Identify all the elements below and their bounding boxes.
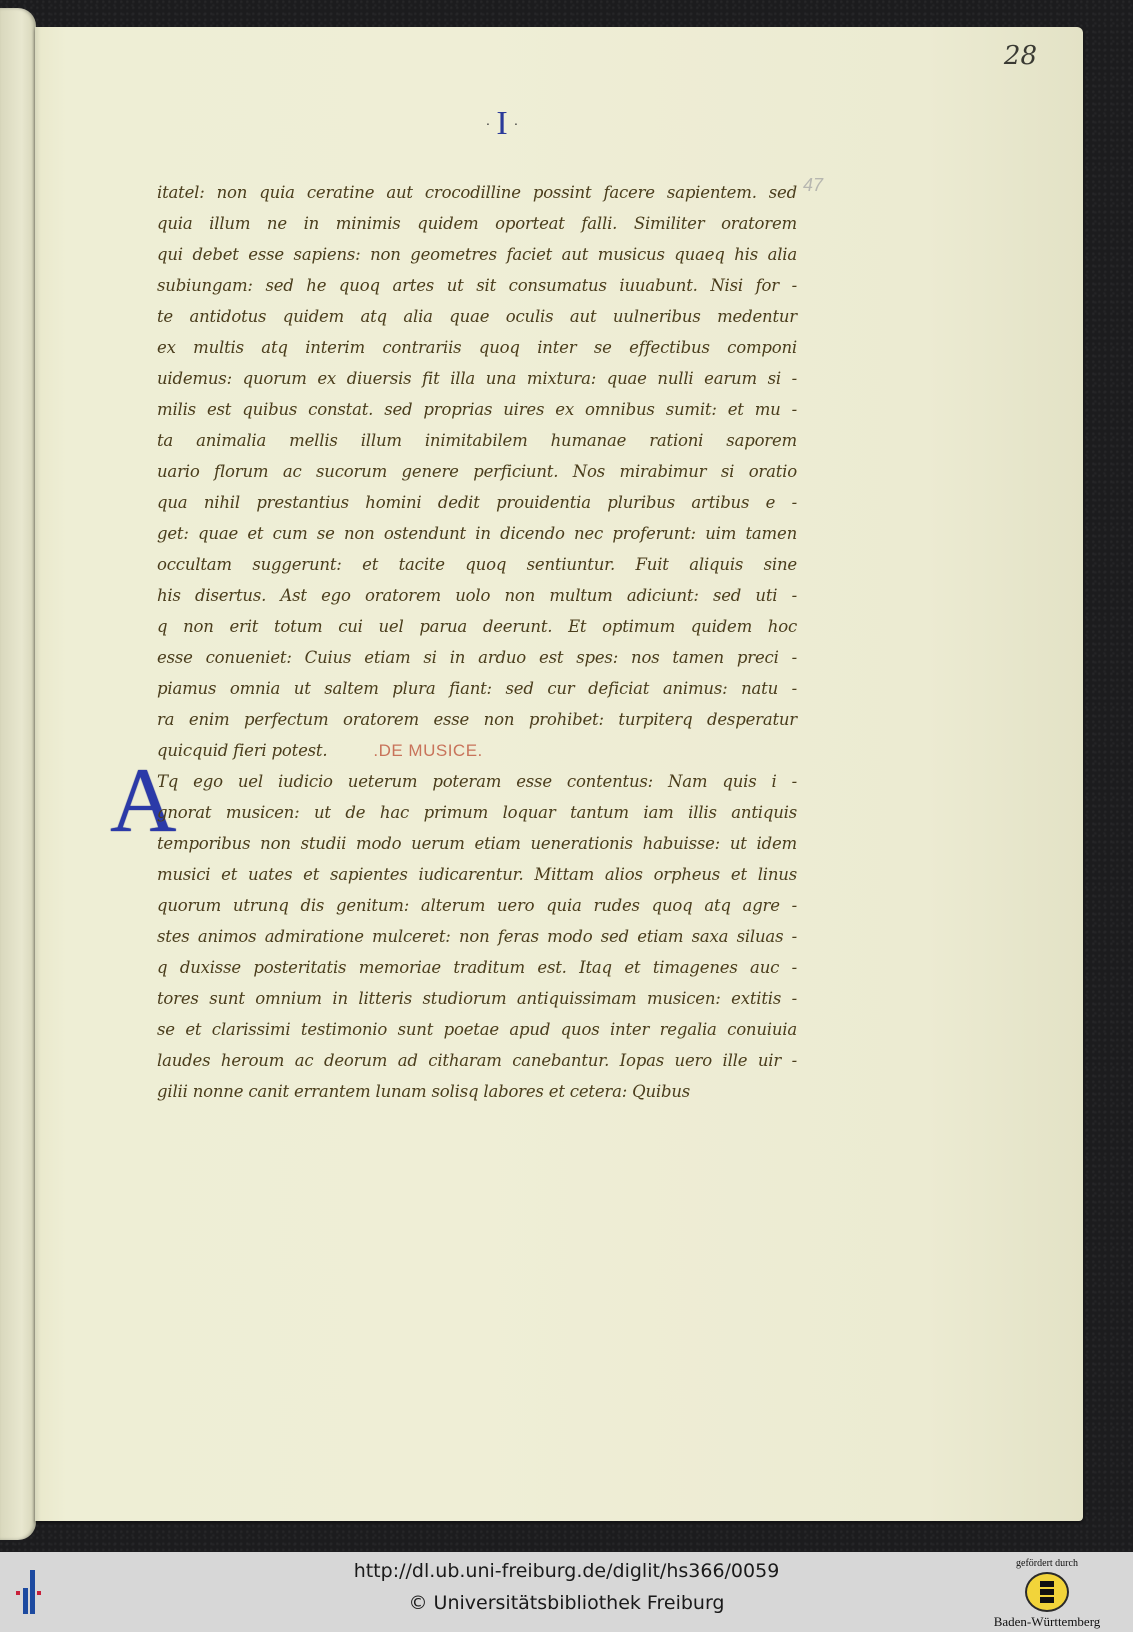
sponsor-label: gefördert durch <box>992 1558 1102 1569</box>
text-line: subiungam: sed he quoq artes ut sit cons… <box>157 270 797 301</box>
text-line: musici et uates et sapientes iudicarentu… <box>157 859 797 890</box>
text-line: stes animos admiratione mulceret: non fe… <box>157 921 797 952</box>
dot-left: · <box>486 118 491 133</box>
dot-right: · <box>514 118 519 133</box>
manuscript-page: 28 ·I· 47 A itatel: non quia ceratine au… <box>35 27 1083 1521</box>
text-line: ex multis atq interim contrariis quoq in… <box>157 332 797 363</box>
text-line: milis est quibus constat. sed proprias u… <box>157 394 797 425</box>
previous-page-edge <box>0 8 36 1540</box>
text-line: quicquid fieri potest..DE MUSICE. <box>157 735 797 766</box>
text-line: gilii nonne canit errantem lunam solisq … <box>157 1076 797 1107</box>
pencil-reference: 47 <box>803 175 823 196</box>
chapter-mark: ·I· <box>472 105 532 143</box>
text-line: itatel: non quia ceratine aut crocodilli… <box>157 177 797 208</box>
text-line: Tq ego uel iudicio ueterum poteram esse … <box>157 766 797 797</box>
text-line: esse conueniet: Cuius etiam si in arduo … <box>157 642 797 673</box>
sponsor-name: Baden-Württemberg <box>992 1614 1102 1630</box>
text-line: quorum utrunq dis genitum: alterum uero … <box>157 890 797 921</box>
copyright-notice: © Universitätsbibliothek Freiburg <box>0 1592 1133 1614</box>
footer-bar: http://dl.ub.uni-freiburg.de/diglit/hs36… <box>0 1552 1133 1632</box>
text-line: quia illum ne in minimis quidem oporteat… <box>157 208 797 239</box>
folio-number: 28 <box>1004 41 1037 71</box>
text-line: tores sunt omnium in litteris studiorum … <box>157 983 797 1014</box>
text-line: ra enim perfectum oratorem esse non proh… <box>157 704 797 735</box>
coat-of-arms-icon <box>1025 1572 1069 1612</box>
text-line: te antidotus quidem atq alia quae oculis… <box>157 301 797 332</box>
text-line: uario florum ac sucorum genere perficiun… <box>157 456 797 487</box>
manuscript-text: itatel: non quia ceratine aut crocodilli… <box>157 177 797 1107</box>
text-line: uidemus: quorum ex diuersis fit illa una… <box>157 363 797 394</box>
text-line: temporibus non studii modo uerum etiam u… <box>157 828 797 859</box>
text-line: q non erit totum cui uel parua deerunt. … <box>157 611 797 642</box>
chapter-numeral: I <box>496 105 507 142</box>
text-line: laudes heroum ac deorum ad citharam cane… <box>157 1045 797 1076</box>
text-line: his disertus. Ast ego oratorem uolo non … <box>157 580 797 611</box>
text-line: piamus omnia ut saltem plura fiant: sed … <box>157 673 797 704</box>
sponsor-block: gefördert durch Baden-Württemberg <box>992 1558 1102 1630</box>
rubric-heading: .DE MUSICE. <box>373 741 482 760</box>
text-line: gnorat musicen: ut de hac primum loquar … <box>157 797 797 828</box>
text-line: q duxisse posteritatis memoriae traditum… <box>157 952 797 983</box>
text-line: ta animalia mellis illum inimitabilem hu… <box>157 425 797 456</box>
text-line: se et clarissimi testimonio sunt poetae … <box>157 1014 797 1045</box>
lions-icon <box>1037 1579 1057 1605</box>
text-line: qua nihil prestantius homini dedit proui… <box>157 487 797 518</box>
permalink-url[interactable]: http://dl.ub.uni-freiburg.de/diglit/hs36… <box>0 1560 1133 1582</box>
text-line: occultam suggerunt: et tacite quoq senti… <box>157 549 797 580</box>
text-line: get: quae et cum se non ostendunt in dic… <box>157 518 797 549</box>
text-line: qui debet esse sapiens: non geometres fa… <box>157 239 797 270</box>
